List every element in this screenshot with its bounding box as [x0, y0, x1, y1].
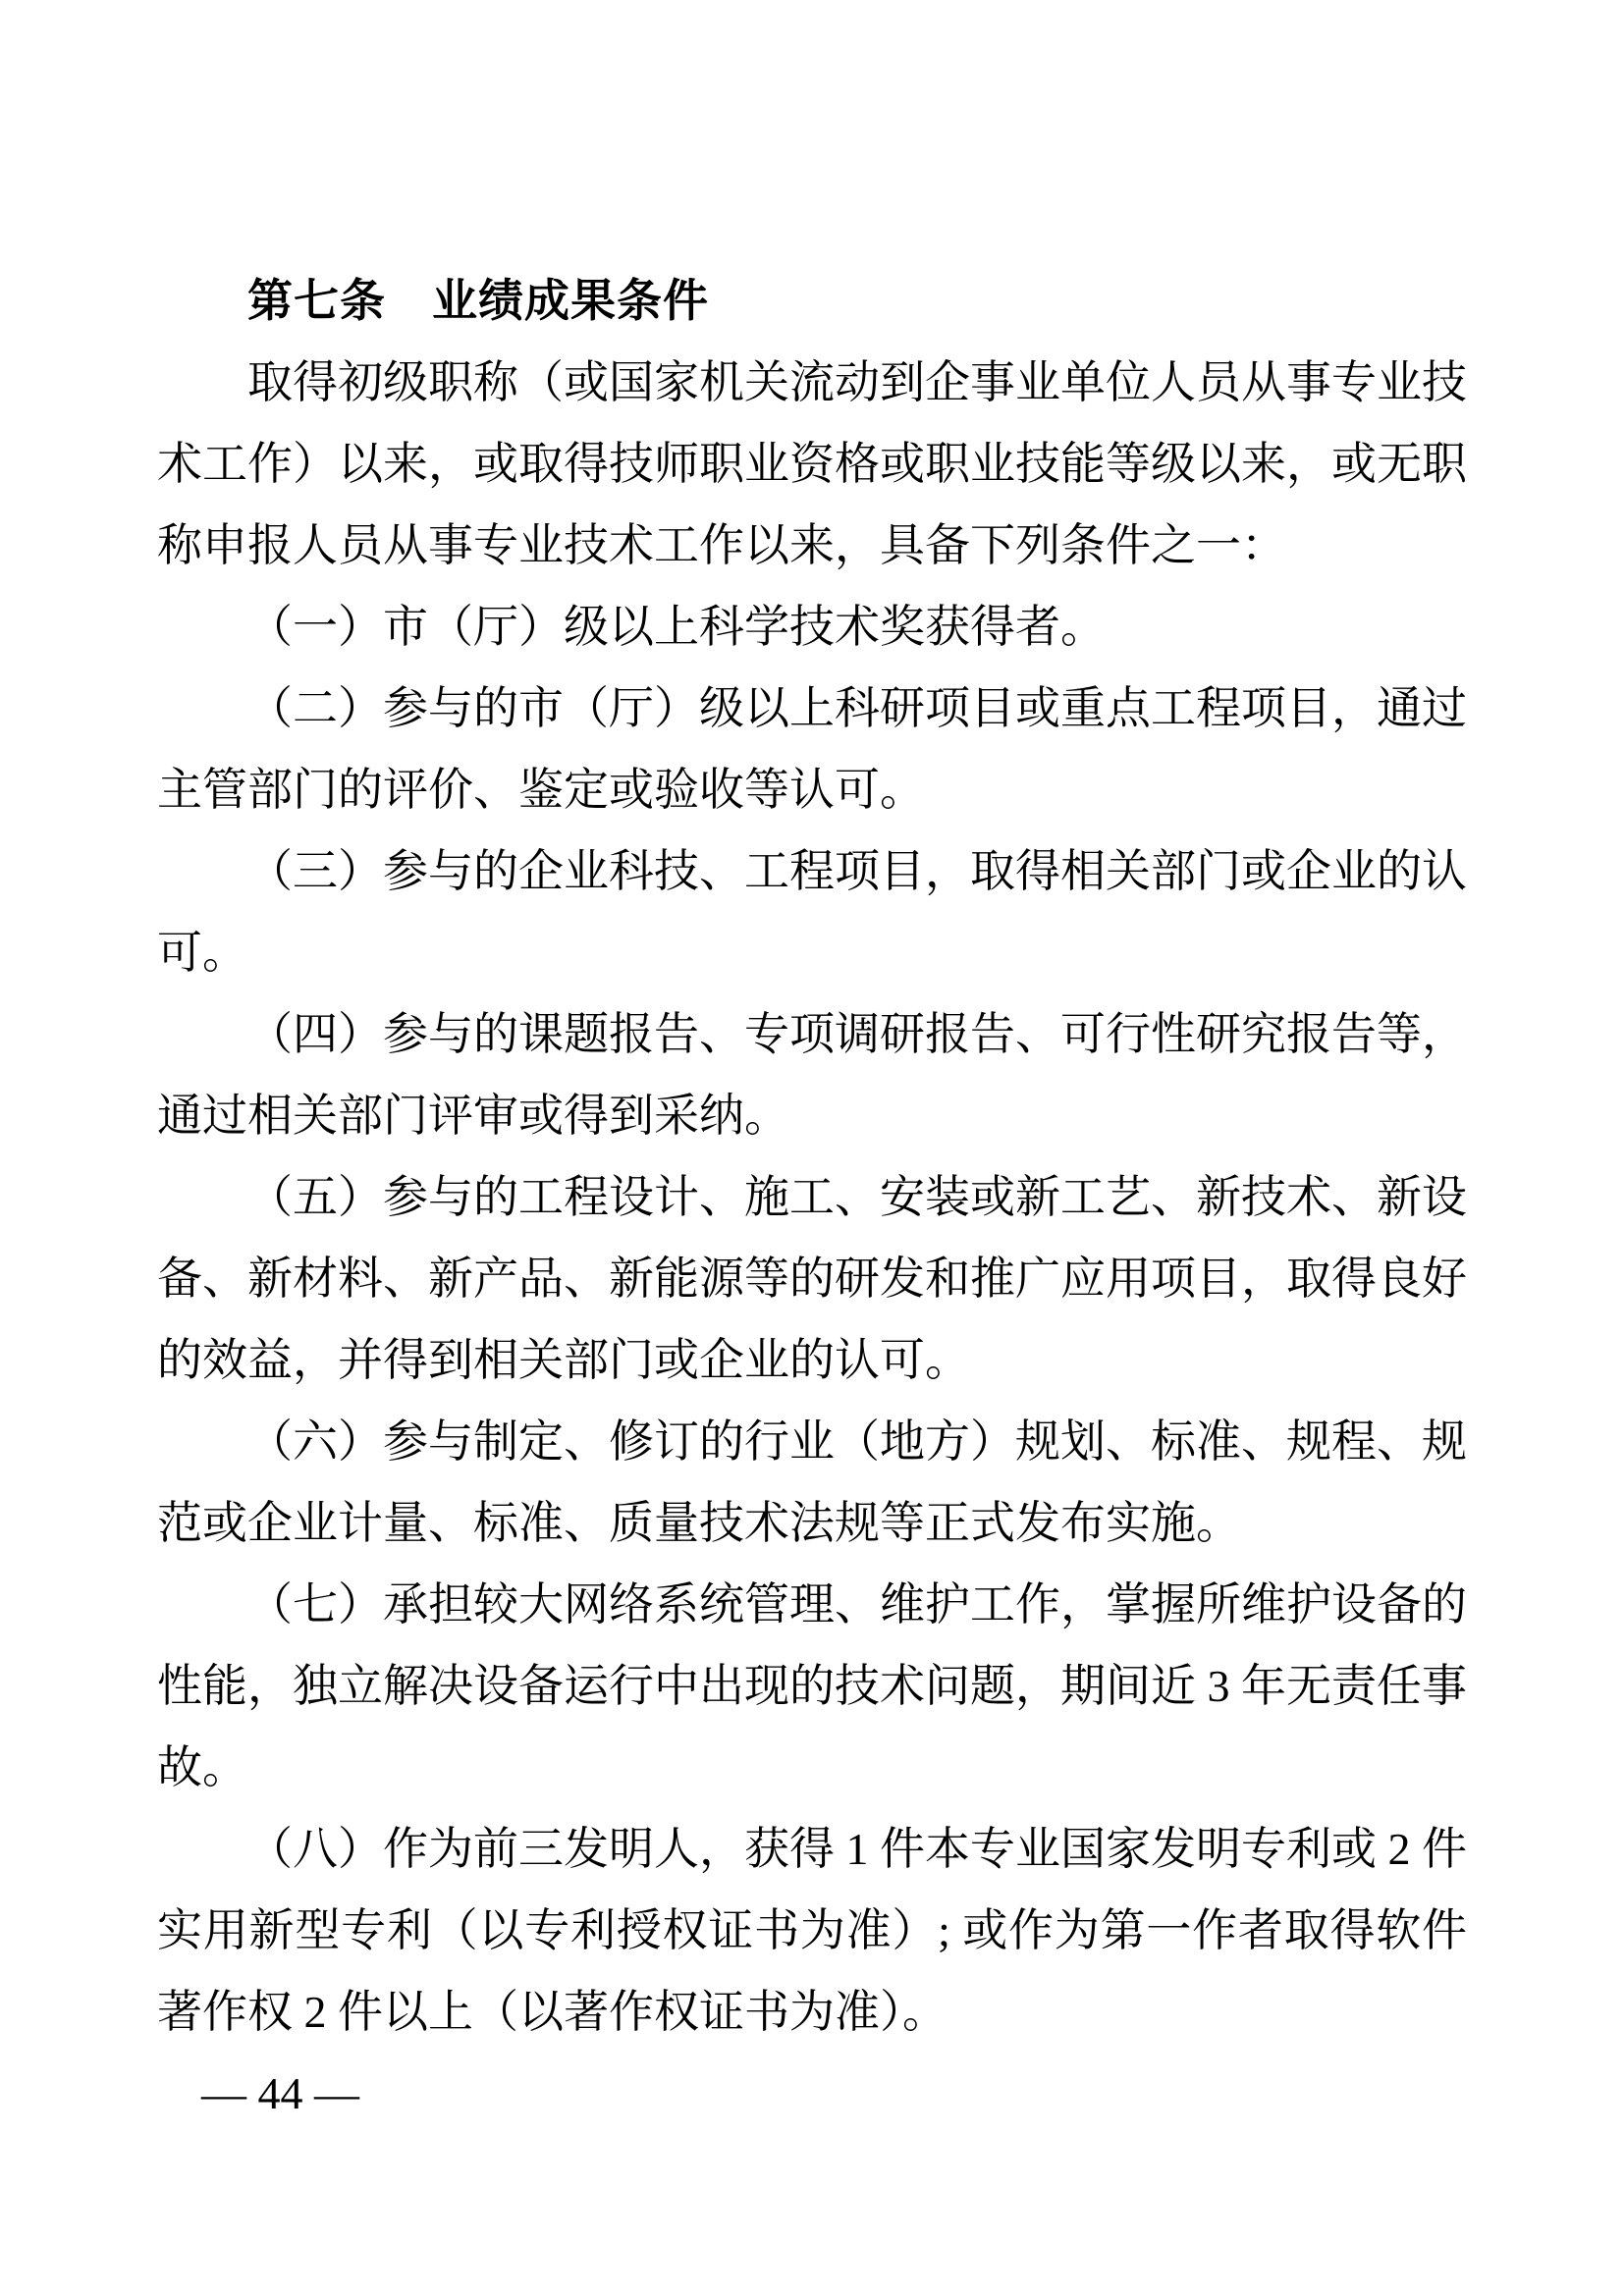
- clause-item-5: （五）参与的工程设计、施工、安装或新工艺、新技术、新设备、新材料、新产品、新能源…: [157, 1156, 1467, 1401]
- document-page: 第七条 业绩成果条件 取得初级职称（或国家机关流动到企事业单位人员从事专业技术工…: [0, 0, 1624, 2296]
- clause-item-8: （八）作为前三发明人，获得 1 件本专业国家发明专利或 2 件实用新型专利（以专…: [157, 1808, 1467, 2053]
- clause-item-2: （二）参与的市（厅）级以上科研项目或重点工程项目，通过主管部门的评价、鉴定或验收…: [157, 667, 1467, 830]
- paragraph-intro: 取得初级职称（或国家机关流动到企事业单位人员从事专业技术工作）以来，或取得技师职…: [157, 342, 1467, 586]
- clause-item-4: （四）参与的课题报告、专项调研报告、可行性研究报告等，通过相关部门评审或得到采纳…: [157, 993, 1467, 1156]
- document-body: 第七条 业绩成果条件 取得初级职称（或国家机关流动到企事业单位人员从事专业技术工…: [157, 260, 1467, 2053]
- clause-item-1: （一）市（厅）级以上科学技术奖获得者。: [157, 586, 1467, 667]
- page-number: — 44 —: [201, 2053, 1624, 2134]
- article-heading: 第七条 业绩成果条件: [157, 260, 1467, 342]
- clause-item-7: （七）承担较大网络系统管理、维护工作，掌握所维护设备的性能，独立解决设备运行中出…: [157, 1564, 1467, 1808]
- clause-item-6: （六）参与制定、修订的行业（地方）规划、标准、规程、规范或企业计量、标准、质量技…: [157, 1401, 1467, 1564]
- clause-item-3: （三）参与的企业科技、工程项目，取得相关部门或企业的认可。: [157, 830, 1467, 993]
